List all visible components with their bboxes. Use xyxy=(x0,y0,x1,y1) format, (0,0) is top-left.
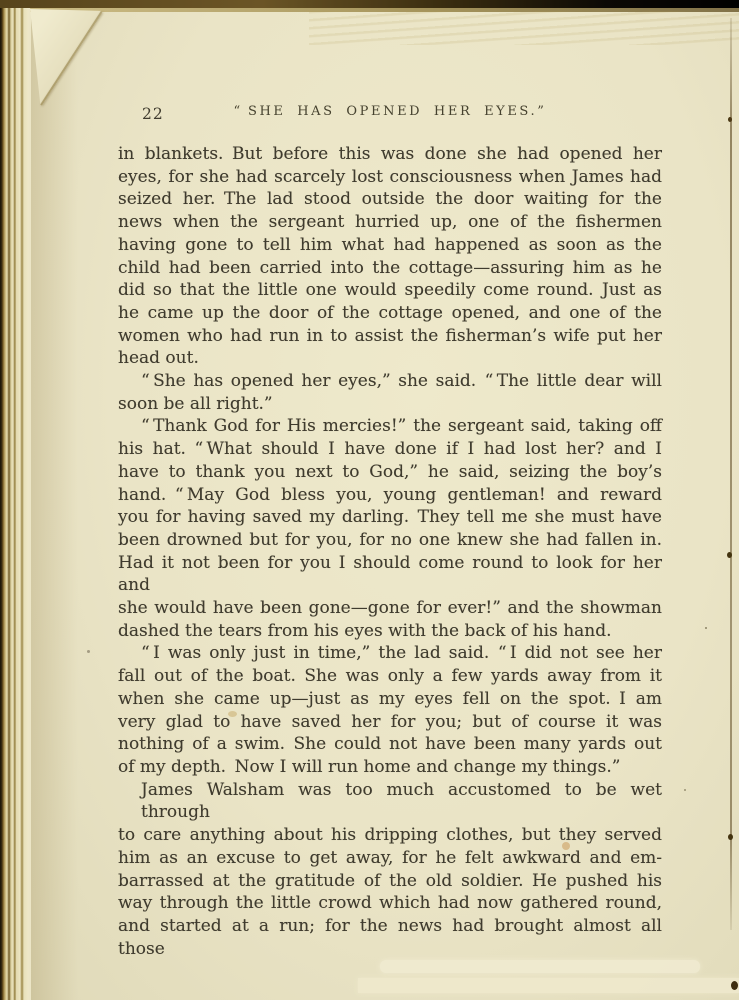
page-edge-line-right xyxy=(730,18,732,930)
page-edge-band xyxy=(380,960,700,973)
text-line: nothing of a swim. She could not have be… xyxy=(118,733,662,756)
text-line: child had been carried into the cottage—… xyxy=(118,257,662,280)
text-line: news when the sergeant hurried up, one o… xyxy=(118,211,662,234)
text-line: “ I was only just in time,” the lad said… xyxy=(118,642,662,665)
running-head: “ SHE HAS OPENED HER EYES.” xyxy=(118,104,662,119)
text-line: Had it not been for you I should come ro… xyxy=(118,552,662,597)
text-line: to care anything about his dripping clot… xyxy=(118,824,662,847)
body-text: in blankets. But before this was done sh… xyxy=(118,143,662,960)
text-line: women who had run in to assist the fishe… xyxy=(118,325,662,348)
scan-speck xyxy=(731,981,738,990)
scan-speck xyxy=(727,552,732,558)
page-gutter-shadow xyxy=(30,7,78,1000)
page-header: 22 “ SHE HAS OPENED HER EYES.” xyxy=(118,104,662,126)
text-line: when she came up—just as my eyes fell on… xyxy=(118,688,662,711)
page-stack-sheen xyxy=(309,11,739,45)
text-line: he came up the door of the cottage opene… xyxy=(118,302,662,325)
text-line: in blankets. But before this was done sh… xyxy=(118,143,662,166)
book-top-edge xyxy=(0,0,739,8)
text-line: his hat. “ What should I have done if I … xyxy=(118,438,662,461)
text-line: James Walsham was too much accustomed to… xyxy=(118,779,662,824)
text-line: she would have been gone—gone for ever!”… xyxy=(118,597,662,620)
text-line: having gone to tell him what had happene… xyxy=(118,234,662,257)
text-line: him as an excuse to get away, for he fel… xyxy=(118,847,662,870)
scan-speck xyxy=(87,650,90,653)
text-line: “ Thank God for His mercies!” the sergea… xyxy=(118,415,662,438)
book-page-edges-left xyxy=(0,0,31,1000)
scan-speck xyxy=(684,789,686,791)
text-line: fall out of the boat. She was only a few… xyxy=(118,665,662,688)
text-line: head out. xyxy=(118,347,662,370)
text-line: barrassed at the gratitude of the old so… xyxy=(118,870,662,893)
page-edge-band xyxy=(358,978,739,993)
text-line: have to thank you next to God,” he said,… xyxy=(118,461,662,484)
text-line: did so that the little one would speedil… xyxy=(118,279,662,302)
text-line: hand. “ May God bless you, young gentlem… xyxy=(118,484,662,507)
text-line: been drowned but for you, for no one kne… xyxy=(118,529,662,552)
scan-speck xyxy=(705,627,707,629)
text-line: very glad to have saved her for you; but… xyxy=(118,711,662,734)
page-number: 22 xyxy=(142,105,164,123)
text-line: seized her. The lad stood outside the do… xyxy=(118,188,662,211)
text-line: you for having saved my darling. They te… xyxy=(118,506,662,529)
scan-speck xyxy=(728,117,732,122)
text-line: dashed the tears from his eyes with the … xyxy=(118,620,662,643)
text-line: way through the little crowd which had n… xyxy=(118,892,662,915)
text-line: and started at a run; for the news had b… xyxy=(118,915,662,960)
book-scan: 22 “ SHE HAS OPENED HER EYES.” in blanke… xyxy=(0,0,739,1000)
text-line: “ She has opened her eyes,” she said. “ … xyxy=(118,370,662,393)
text-line: eyes, for she had scarcely lost consciou… xyxy=(118,166,662,189)
scan-speck xyxy=(728,834,733,840)
text-line: of my depth. Now I will run home and cha… xyxy=(118,756,662,779)
text-line: soon be all right.” xyxy=(118,393,662,416)
